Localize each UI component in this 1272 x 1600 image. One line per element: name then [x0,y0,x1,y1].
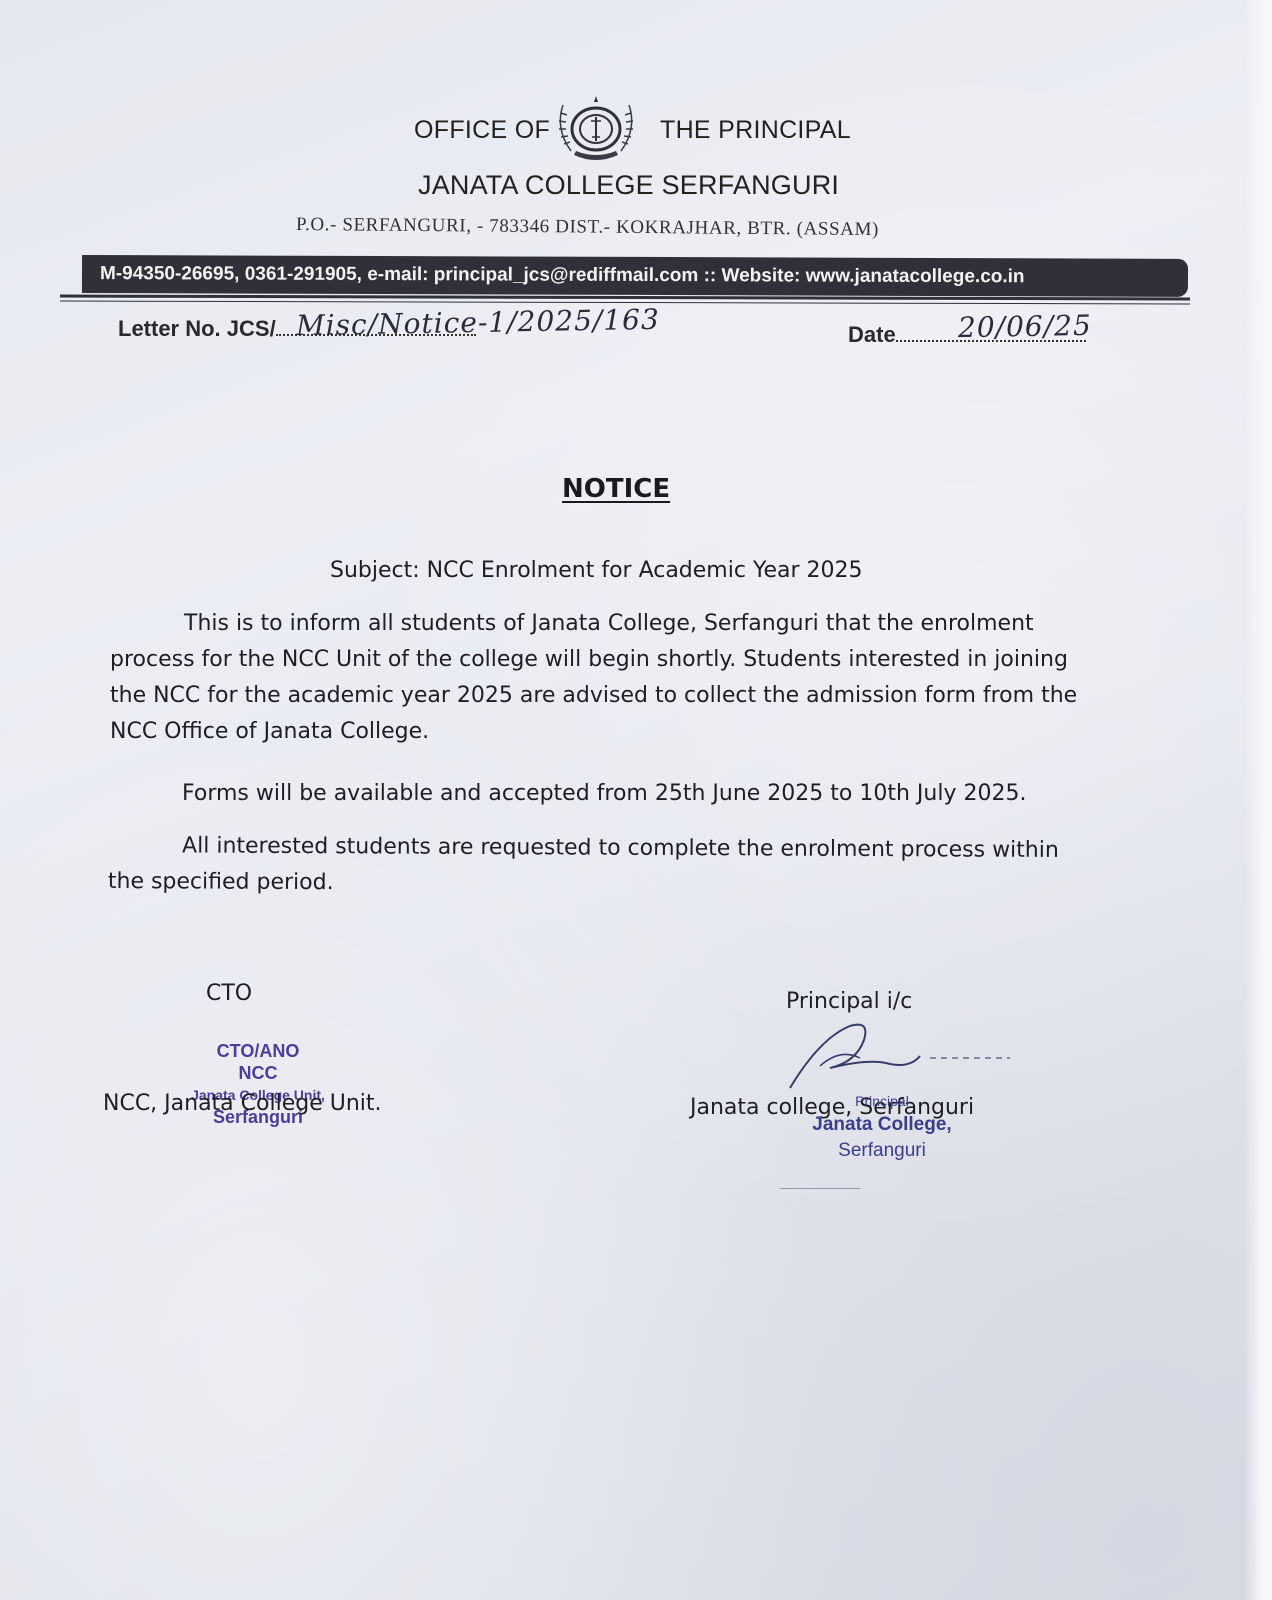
paper-edge [1244,0,1272,1600]
college-name: JANATA COLLEGE SERFANGURI [418,170,839,201]
the-principal-label: THE PRINCIPAL [660,116,851,145]
stamp-line: CTO/ANO [188,1040,328,1062]
notice-paragraph-1: This is to inform all students of Janata… [110,606,1090,750]
paragraph-text: This is to inform all students of Janata… [110,611,1077,744]
notice-subject: Subject: NCC Enrolment for Academic Year… [330,558,863,583]
notice-paragraph-3: All interested students are requested to… [108,828,1068,905]
college-emblem-icon [549,93,643,165]
college-address: P.O.- SERFANGURI, - 783346 DIST.- KOKRAJ… [296,214,879,241]
stamp-line: NCC [188,1062,328,1084]
principal-stamp: Principal Janata College, Serfanguri [792,1112,972,1164]
signature-underline [780,1188,860,1189]
notice-title: NOTICE [562,474,670,504]
stamp-line: Serfanguri [792,1138,972,1164]
office-of-label: OFFICE OF [414,116,550,145]
paragraph-text: All interested students are requested to… [108,833,1059,895]
stamp-line: Janata College, [792,1112,972,1138]
principal-designation: Principal i/c [786,984,912,1020]
cto-designation: CTO [206,976,252,1012]
date-label: Date [848,322,896,347]
contact-bar: M-94350-26695, 0361-291905, e-mail: prin… [82,255,1188,297]
ncc-unit-label: NCC, Janata College Unit. [103,1086,382,1122]
letter-number-handwritten: Misc/Notice-1/2025/163 [296,303,660,342]
notice-paragraph-2: Forms will be available and accepted fro… [182,776,1026,812]
date-handwritten: 20/06/25 [958,309,1092,344]
letter-number-label: Letter No. JCS/ [118,316,276,341]
